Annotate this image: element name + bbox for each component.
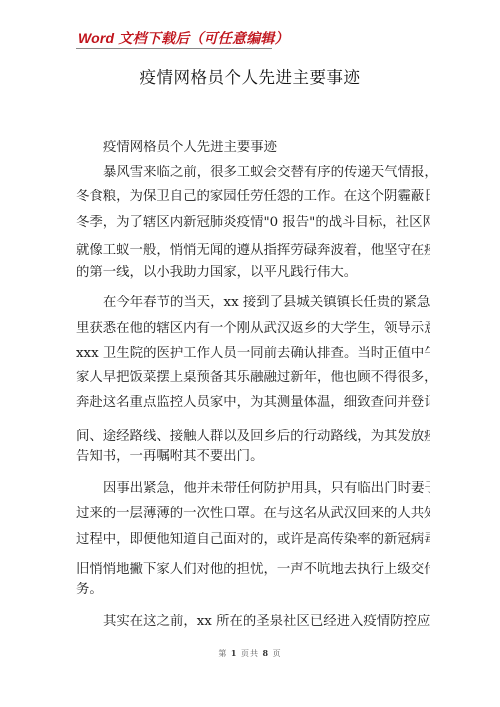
banner-text: Word 文档下载后（可任意编辑） [78,30,289,46]
document-subtitle: 疫情网格员个人先进主要事迹 [103,140,430,156]
body-text-line: 里获悉在他的辖区内有一个刚从武汉返乡的大学生，领导示意他与县 [76,321,430,337]
page-label-suffix: 页 [273,649,282,658]
document-title: 疫情网格员个人先进主要事迹 [0,68,500,88]
body-text-line: 在今年春节的当天，xx 接到了县城关镇镇长任贵的紧急电话，镇 [103,295,430,311]
body-text-line: 奔赴这名重点监控人员家中，为其测量体温，细致查问并登记返乡时 [76,395,430,411]
body-text-line: 间、途经路线、接触人群以及回乡后的行动路线，为其发放疫情期间 [76,429,430,445]
body-text-line: 其实在这之前，xx 所在的圣泉社区已经进入疫情防控应战阶段， [103,614,430,630]
body-text-line: 暴风雪来临之前，很多工蚁会交替有序的传递天气情报，储存过 [103,165,430,181]
body-text-line: 务。 [76,582,430,598]
body-text-line: 过程中，即便他知道自己面对的，或许是高传染率的新冠病毒，他仍 [76,532,430,548]
body-text-line: 家人早把饭菜摆上桌预备其乐融融过新年，他也顾不得很多，就急忙 [76,370,430,386]
body-text-line: 冬食粮，为保卫自己的家园任劳任怨的工作。在这个阴霾蔽日的特别 [76,189,430,205]
current-page-number: 1 [231,648,238,658]
total-pages-number: 8 [263,648,270,658]
page-footer: 第 1 页共 8 页 [0,648,500,659]
body-text-line: 告知书，一再嘱咐其不要出门。 [76,449,430,465]
body-text-line: 过来的一层薄薄的一次性口罩。在与这名从武汉回来的人共处一室的 [76,506,430,522]
page-label-mid: 页共 [241,649,259,658]
body-text-line: xxx 卫生院的医护工作人员一同前去确认排查。当时正值中午时分， [76,346,430,362]
body-text-line: 冬季，为了辖区内新冠肺炎疫情"0 报告"的战斗目标，社区网格员 xx [76,215,430,231]
page-label-prefix: 第 [218,649,227,658]
body-text-line: 就像工蚁一般，悄悄无闻的遵从指挥劳碌奔波着，他坚守在疫情防控 [76,243,430,259]
download-banner: Word 文档下载后（可任意编辑） [76,30,272,49]
body-text-line: 旧悄悄地撇下家人们对他的担忧，一声不吭地去执行上级交付的任 [76,562,430,578]
body-text-line: 因事出紧急，他并未带任何防护用具，只有临出门时妻子匆忙递 [103,481,430,497]
body-text-line: 的第一线，以小我助力国家，以平凡践行伟大。 [76,265,430,281]
